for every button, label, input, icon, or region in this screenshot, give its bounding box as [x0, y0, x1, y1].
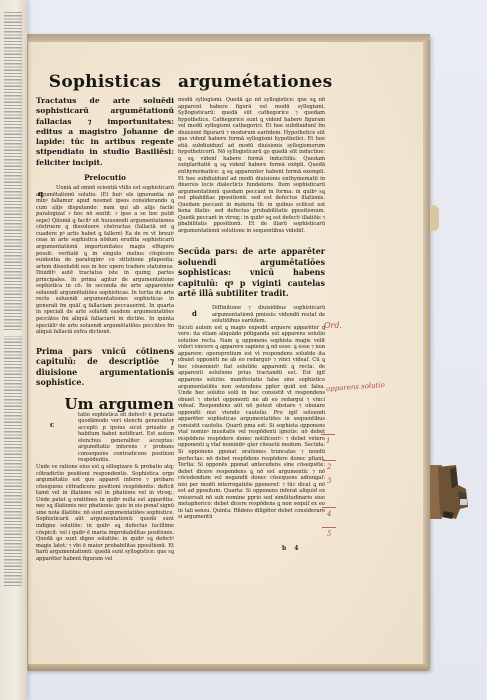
left-text-column: Sophisticas Tractatus de arte soluēdi so… [36, 70, 174, 562]
signature-mark: b 4 [282, 545, 298, 552]
page-tab-marker [430, 205, 439, 231]
right-column-continued-text: modū syllogismi. Quedā ꝗo nō syllogistic… [178, 97, 325, 234]
prologue-text: q Uoniā ad omnē scientiā vtilis est soph… [36, 185, 174, 336]
chapter-opening-words: Um argumen [36, 396, 174, 412]
part-two-indented-text: Diffinitione ⁊ diuisiōibus sophisticarū … [212, 305, 325, 325]
marginal-rule-4 [322, 507, 336, 508]
part-two-text: Sicuti autem est ꝗ magis expedit arguere… [178, 325, 325, 521]
part-two-chapter: d Diffinitione ⁊ diuisiōibus sophisticar… [178, 305, 325, 521]
prologue-initial-guide: q [38, 191, 43, 198]
prologue-title: Prelocutio [36, 173, 174, 182]
marginal-number-4: 4 [327, 510, 331, 518]
marginal-number-3: 3 [327, 477, 331, 485]
right-text-column: argumétationes modū syllogismi. Quedā ꝗo… [178, 70, 325, 521]
marginal-number-5: 5 [327, 530, 331, 538]
prologue-body: Uoniā ad omnē scientiā vtilis est sophis… [36, 185, 174, 336]
part-one-title: Prima pars vnicū cōtinens capitulū: de d… [36, 346, 174, 388]
running-heading-right: argumétationes [178, 70, 325, 94]
facing-page-gap [4, 330, 22, 336]
marginal-rule-2 [322, 460, 336, 461]
page-edge-bottom [28, 664, 428, 671]
marginal-rule-5 [322, 527, 336, 528]
marginal-number-1: 1 [326, 437, 330, 445]
part-two-initial-guide: d [192, 309, 197, 318]
page-edge-right [423, 40, 430, 670]
part-two-title: Secūda pars: de arte apparēter soluendi … [178, 246, 325, 299]
marginal-number-2: 2 [327, 463, 331, 471]
chapter-initial-guide: c [50, 420, 54, 429]
metal-clasp-icon [430, 455, 470, 525]
marginal-rule-1 [321, 434, 335, 435]
chapter-one-text: Unde ve ratione eius est ꝗ sillogizare &… [36, 464, 174, 562]
treatise-incipit: Tractatus de arte soluēdi sophisticarū a… [36, 96, 174, 168]
chapter-one: Um argumen c tatio sophistica sit defect… [36, 396, 174, 563]
running-heading-left: Sophisticas [36, 70, 174, 94]
facing-left-page-edge [0, 0, 27, 700]
marginal-note-ord: Ord. [324, 321, 342, 330]
facing-page-text-lines [4, 12, 22, 587]
page-edge-top [26, 34, 430, 42]
chapter-one-indented-text: tatio sophistica sit defectꝰ ē priuatio … [78, 412, 174, 464]
